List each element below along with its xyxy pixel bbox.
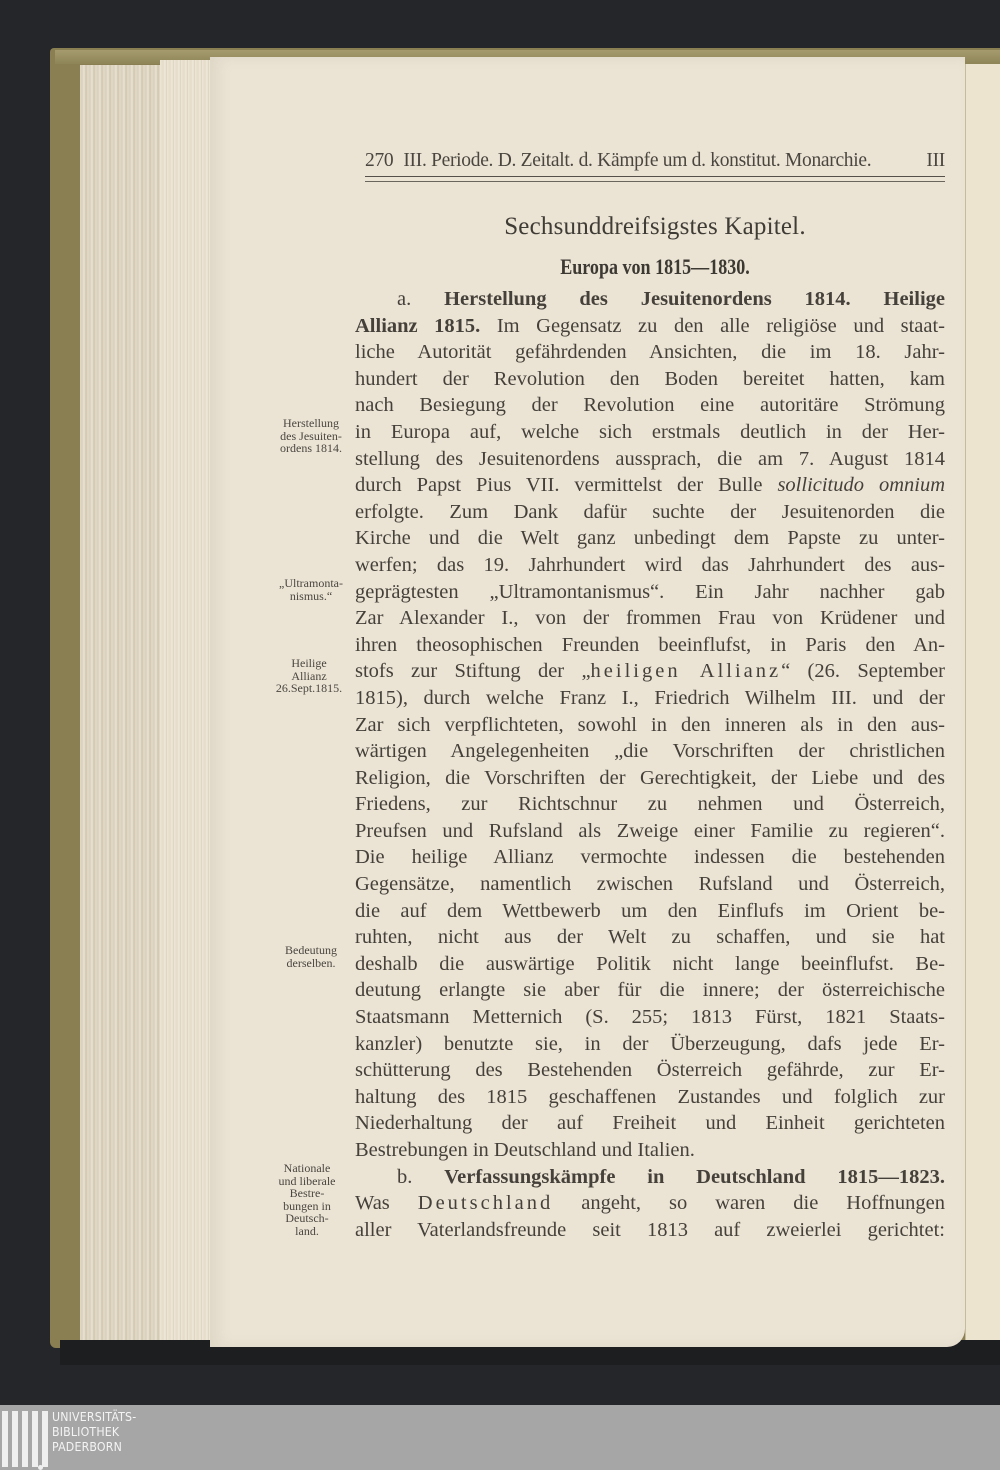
text-line: erfolgte. Zum Dank dafür suchte der Jesu… — [355, 499, 945, 526]
text-line: Staatsmann Metternich (S. 255; 1813 Fürs… — [355, 1004, 945, 1031]
text-line: die auf dem Wettbewerb um den Einflufs i… — [355, 898, 945, 925]
text-line: nach Besiegung der Revolution eine autor… — [355, 392, 945, 419]
facing-page-edge — [965, 64, 1000, 1349]
margin-note-nationale-bestrebungen: Nationale und liberale Bestre- bungen in… — [262, 1162, 352, 1237]
chapter-title: Sechsunddreifsigstes Kapitel. — [365, 213, 945, 241]
text-line: wärtigen Angelegenheiten „die Vorschrift… — [355, 738, 945, 765]
text-line: stofs zur Stiftung der „heiligen Allianz… — [355, 658, 945, 685]
text-line: Zar sich verpflichteten, sowohl in den i… — [355, 712, 945, 739]
page-number: 270 — [365, 150, 393, 172]
library-logo-bars-icon — [2, 1411, 48, 1467]
margin-note-ultramontanismus: „Ultramonta- nismus.“ — [266, 577, 356, 602]
text-line: Bestrebungen in Deutschland und Italien. — [355, 1137, 945, 1164]
text-line: kanzler) benutzte sie, in der Überzeugun… — [355, 1031, 945, 1058]
text-line: schütterung des Bestehenden Österreich g… — [355, 1057, 945, 1084]
text-line: ruhten, nicht aus der Welt zu schaffen, … — [355, 924, 945, 951]
text-line: liche Autorität gefährdenden Ansichten, … — [355, 339, 945, 366]
text-line: Friedens, zur Richtschnur zu nehmen und … — [355, 791, 945, 818]
running-header: 270 III. Periode. D. Zeitalt. d. Kämpfe … — [365, 150, 945, 172]
text-line: deutung erlangte sie aber für die innere… — [355, 977, 945, 1004]
text-line: Religion, die Vorschriften der Gerechtig… — [355, 765, 945, 792]
section-a-heading: a. Herstellung des Jesuitenordens 1814. … — [355, 286, 945, 313]
text-line: Zar Alexander I., von der frommen Frau v… — [355, 605, 945, 632]
text-line: stellung des Jesuitenordens aussprach, d… — [355, 446, 945, 473]
body-text: a. Herstellung des Jesuitenordens 1814. … — [355, 286, 945, 1243]
text-line: durch Papst Pius VII. vermittelst der Bu… — [355, 472, 945, 499]
text-line: in Europa auf, welche sich erstmals deut… — [355, 419, 945, 446]
library-logo-text: UNIVERSITÄTS- BIBLIOTHEK PADERBORN — [52, 1409, 136, 1454]
text-line: Allianz 1815. Im Gegensatz zu den alle r… — [355, 313, 945, 340]
text-line: deshalb die auswärtige Politik nicht lan… — [355, 951, 945, 978]
library-logo-dot-icon — [38, 1465, 43, 1470]
text-line: haltung des 1815 geschaffenen Zustandes … — [355, 1084, 945, 1111]
running-header-title: III. Periode. D. Zeitalt. d. Kämpfe um d… — [403, 150, 926, 172]
text-line: Was Deutschland angeht, so waren die Hof… — [355, 1190, 945, 1217]
margin-note-bedeutung: Bedeutung derselben. — [266, 944, 356, 969]
text-line: werfen; das 19. Jahrhundert wird das Jah… — [355, 552, 945, 579]
text-line: Niederhaltung der auf Freiheit und Einhe… — [355, 1110, 945, 1137]
text-line: 1815), durch welche Franz I., Friedrich … — [355, 685, 945, 712]
text-line: Preufsen und Rufsland als Zweige einer F… — [355, 818, 945, 845]
page-stack-edge-inner — [160, 60, 215, 1355]
header-rule — [365, 176, 945, 182]
text-line: geprägtesten „Ultramontanismus“. Ein Jah… — [355, 579, 945, 606]
margin-note-heilige-allianz: Heilige Allianz 26.Sept.1815. — [264, 657, 354, 695]
text-line: Die heilige Allianz vermochte indessen d… — [355, 844, 945, 871]
section-b-heading: b. Verfassungskämpfe in Deutschland 1815… — [355, 1164, 945, 1191]
chapter-subtitle: Europa von 1815—1830. — [417, 254, 893, 280]
text-line: aller Vaterlandsfreunde seit 1813 auf zw… — [355, 1217, 945, 1244]
text-line: Kirche und die Welt ganz unbedingt dem P… — [355, 525, 945, 552]
text-line: Gegensätze, namentlich zwischen Rufsland… — [355, 871, 945, 898]
text-line: hundert der Revolution den Boden bereite… — [355, 366, 945, 393]
library-footer: UNIVERSITÄTS- BIBLIOTHEK PADERBORN — [0, 1405, 1000, 1470]
running-header-section: III — [926, 150, 945, 172]
margin-note-jesuitenorden: Herstellung des Jesuiten- ordens 1814. — [266, 417, 356, 455]
text-line: ihren theosophischen Freunden beeinflufs… — [355, 632, 945, 659]
